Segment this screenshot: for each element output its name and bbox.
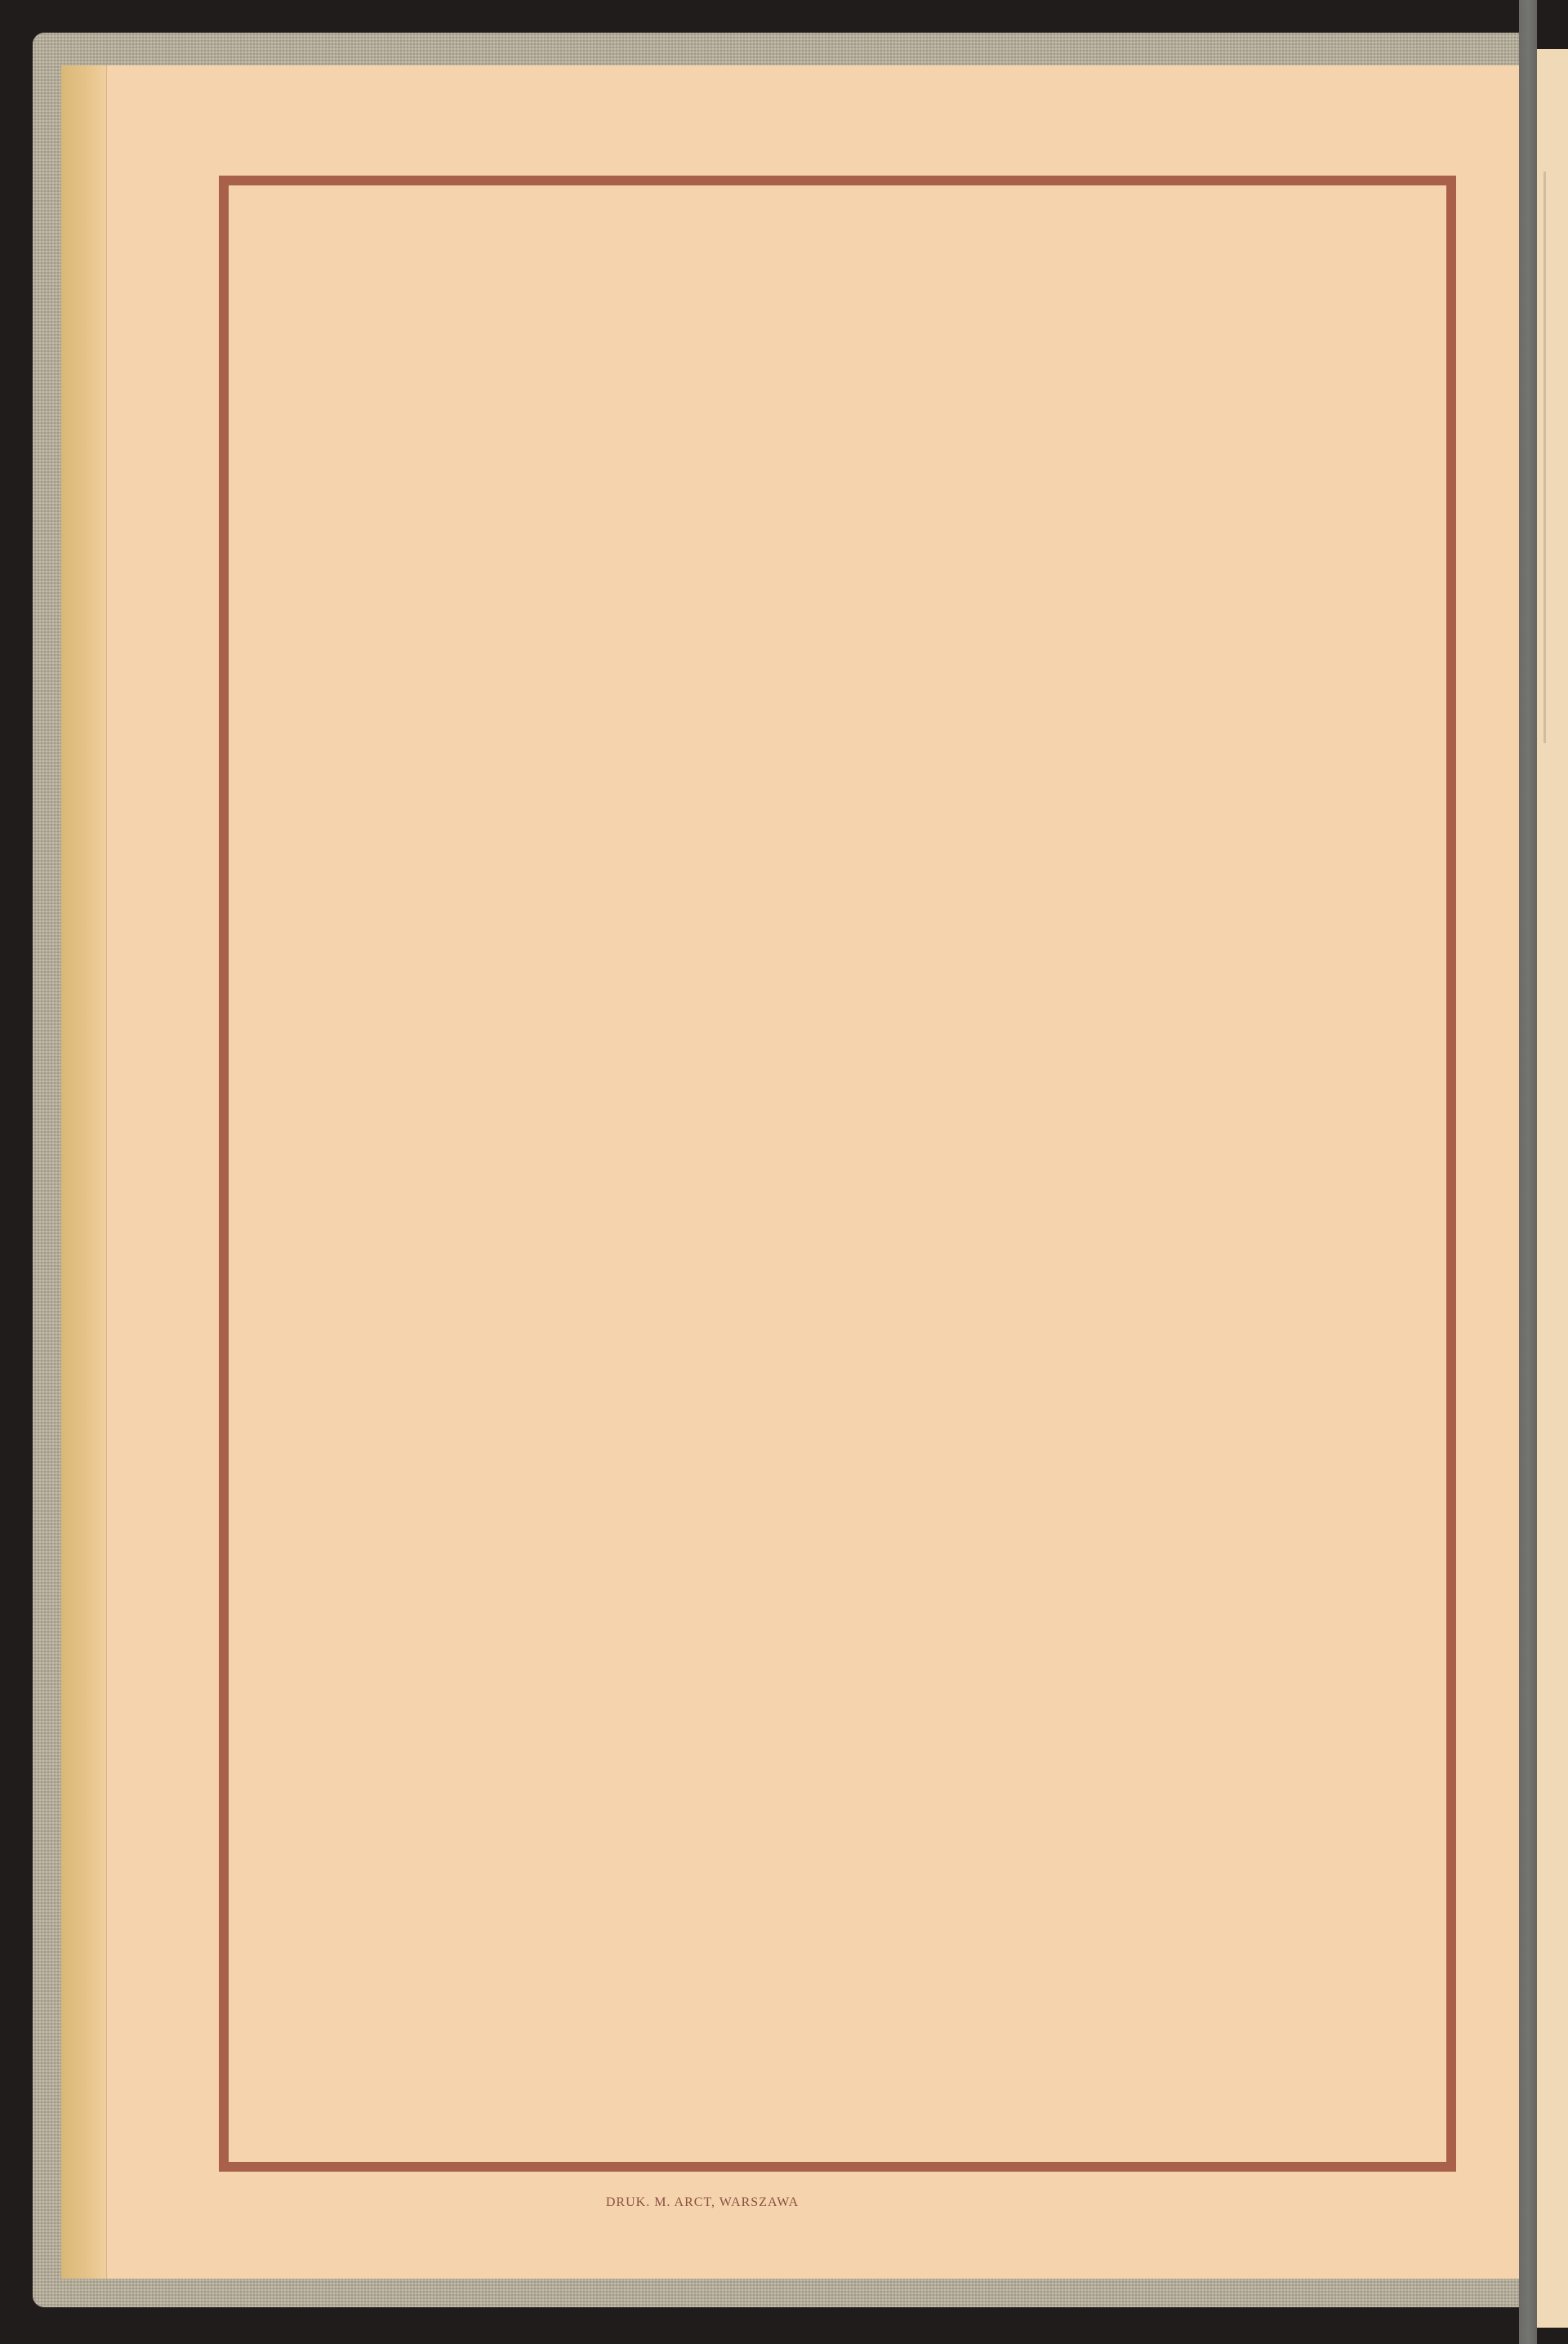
decorative-border-frame — [219, 176, 1456, 2172]
adjacent-page-ornament — [1543, 172, 1568, 743]
page-block-edge — [61, 65, 106, 2279]
printer-imprint: DRUK. M. ARCT, WARSZAWA — [0, 2195, 1405, 2210]
protective-sleeve-edge — [1519, 0, 1537, 2344]
page-edge-divider — [106, 65, 107, 2279]
